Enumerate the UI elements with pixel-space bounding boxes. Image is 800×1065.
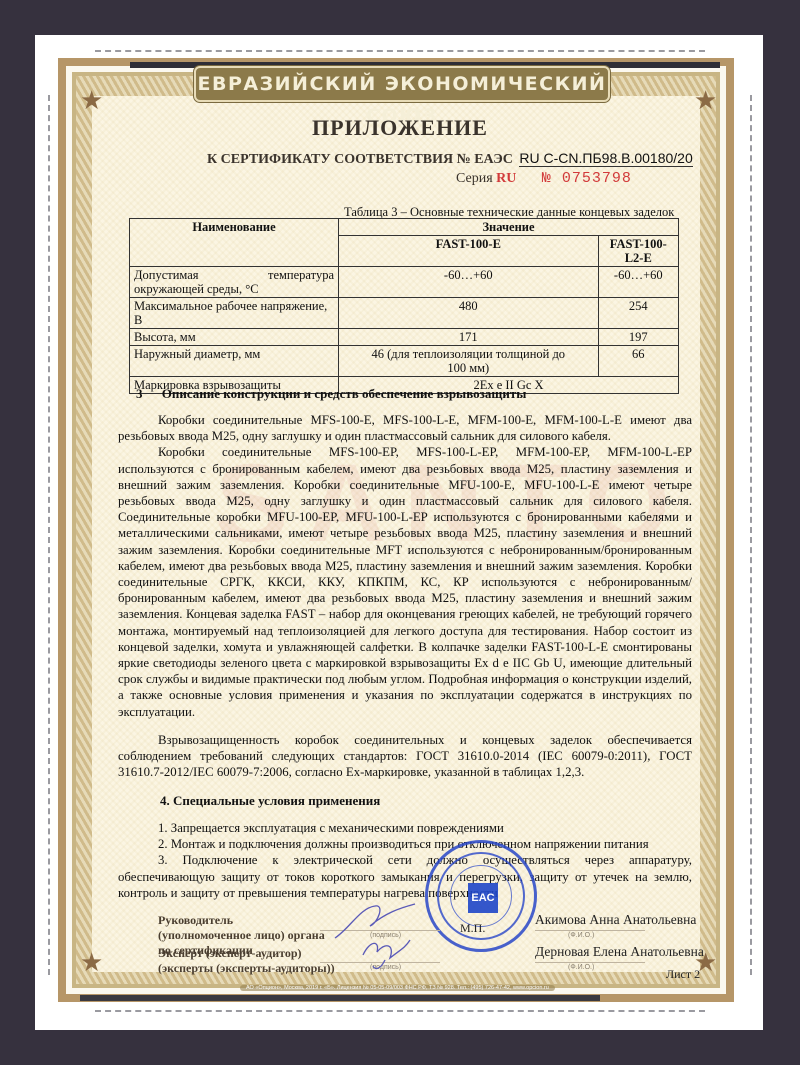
- row-value: -60…+60: [339, 267, 599, 298]
- section-3-standards: Взрывозащищенность коробок соединительны…: [118, 732, 692, 781]
- name-line: [535, 962, 645, 963]
- section-title: Описание конструкции и средств обеспечен…: [162, 386, 527, 401]
- paragraph: Коробки соединительные MFS-100-EP, MFS-1…: [118, 444, 692, 719]
- sheet-number: Лист 2: [666, 967, 700, 982]
- star-icon: ★: [694, 88, 717, 114]
- page-title: ПРИЛОЖЕНИЕ: [0, 115, 800, 141]
- section-number: 3: [136, 386, 143, 401]
- section-4-heading: 4. Специальные условия применения: [160, 793, 380, 809]
- header-value: Значение: [339, 219, 679, 236]
- row-value: 254: [598, 298, 678, 329]
- paragraph: Коробки соединительные MFS-100-E, MFS-10…: [118, 412, 692, 444]
- row-name: Допустимая температура окружающей среды,…: [130, 267, 339, 298]
- paragraph: Взрывозащищенность коробок соединительны…: [118, 732, 692, 781]
- series-label: Серия: [456, 171, 493, 186]
- cut-line-bottom: [95, 1010, 705, 1012]
- conditions-list: 1. Запрещается эксплуатация с механическ…: [118, 820, 692, 901]
- header-name: Наименование: [130, 219, 339, 267]
- table-row: Наружный диаметр, мм 46 (для теплоизоляц…: [130, 346, 679, 377]
- row-value: 197: [598, 329, 678, 346]
- model-2: FAST-100-L2-E: [598, 236, 678, 267]
- condition-item: 2. Монтаж и подключения должны производи…: [118, 836, 692, 852]
- head-name: Акимова Анна Анатольевна: [535, 912, 696, 928]
- row-value: 171: [339, 329, 599, 346]
- series-line: Серия RU № 0753798: [456, 170, 632, 187]
- printer-imprint: АО «Опцион», Москва, 2019 г. «Б». Лиценз…: [240, 985, 555, 991]
- row-name: Высота, мм: [130, 329, 339, 346]
- row-value: 480: [339, 298, 599, 329]
- union-banner: ЕВРАЗИЙСКИЙ ЭКОНОМИЧЕСКИЙ СОЮЗ: [194, 66, 610, 102]
- section-3-body: Коробки соединительные MFS-100-E, MFS-10…: [118, 412, 692, 720]
- table-row: Допустимая температура окружающей среды,…: [130, 267, 679, 298]
- star-icon: ★: [80, 950, 103, 976]
- table-header-row: Наименование Значение: [130, 219, 679, 236]
- table-row: Высота, мм 171 197: [130, 329, 679, 346]
- cut-line-top: [95, 50, 705, 52]
- spec-table: Наименование Значение FAST-100-E FAST-10…: [129, 218, 679, 394]
- signature-icon: [355, 930, 415, 972]
- blank-number: № 0753798: [542, 170, 632, 187]
- row-name: Максимальное рабочее напряжение, В: [130, 298, 339, 329]
- cert-number: RU C-CN.ПБ98.В.00180/20: [519, 150, 692, 167]
- name-line: [535, 930, 645, 931]
- row-value: 66: [598, 346, 678, 377]
- row-name: Наружный диаметр, мм: [130, 346, 339, 377]
- cut-line-left: [48, 95, 50, 975]
- seal-label: М.П.: [460, 921, 485, 936]
- certificate-reference: К СЕРТИФИКАТУ СООТВЕТСТВИЯ № ЕАЭС RU C-C…: [207, 150, 693, 168]
- condition-item: 3. Подключение к электрической сети долж…: [118, 852, 692, 901]
- fio-caption: (Ф.И.О.): [568, 964, 594, 971]
- model-1: FAST-100-E: [339, 236, 599, 267]
- decorative-bar-bottom: [80, 995, 600, 1001]
- star-icon: ★: [80, 88, 103, 114]
- row-value: 46 (для теплоизоляции толщиной до 100 мм…: [339, 346, 599, 377]
- section-3-heading: 3 Описание конструкции и средств обеспеч…: [136, 386, 526, 402]
- expert-name: Дерновая Елена Анатольевна: [535, 944, 704, 960]
- row-value: -60…+60: [598, 267, 678, 298]
- condition-item: 1. Запрещается эксплуатация с механическ…: [118, 820, 692, 836]
- fio-caption: (Ф.И.О.): [568, 932, 594, 939]
- table-row: Максимальное рабочее напряжение, В 480 2…: [130, 298, 679, 329]
- expert-signature-label: Эксперт (эксперт-аудитор) (эксперты (экс…: [158, 946, 348, 976]
- series-value: RU: [496, 171, 516, 186]
- eac-mark-icon: EAC: [468, 883, 498, 913]
- cert-prefix: К СЕРТИФИКАТУ СООТВЕТСТВИЯ № ЕАЭС: [207, 152, 513, 167]
- cut-line-right: [750, 95, 752, 975]
